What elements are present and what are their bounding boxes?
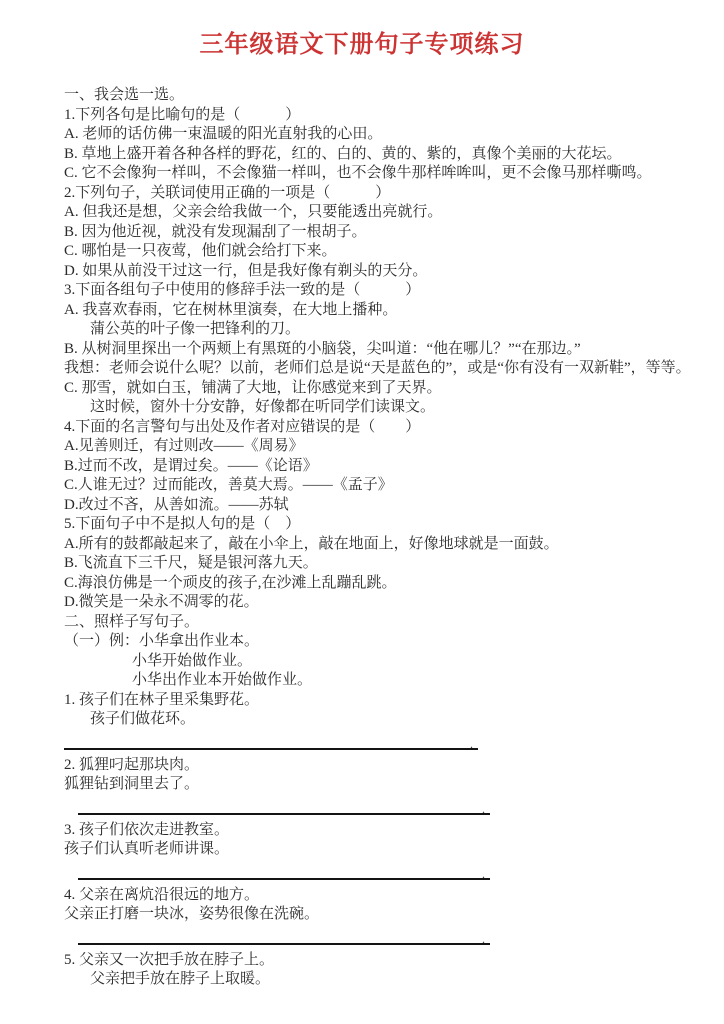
- example-line3: 小华出作业本开始做作业。: [64, 671, 718, 691]
- q3-option-a-line1: A. 我喜欢春雨，它在树林里演奏，在大地上播种。: [64, 301, 718, 321]
- item2-sentence2: 狐狸钻到洞里去了。: [64, 775, 718, 795]
- q5-stem: 5.下面句子中不是拟人句的是（ ）: [64, 515, 718, 535]
- q2-option-c: C. 哪怕是一只夜莺，他们就会给打下来。: [64, 242, 718, 262]
- blank-end-period: .: [482, 867, 490, 881]
- q1-option-c: C. 它不会像狗一样叫，不会像猫一样叫，也不会像牛那样哞哞叫，更不会像马那样嘶鸣…: [64, 164, 718, 184]
- q4-option-a: A.见善则迁，有过则改——《周易》: [64, 437, 718, 457]
- q2-option-a: A. 但我还是想，父亲会给我做一个，只要能透出亮就行。: [64, 203, 718, 223]
- q1-option-a: A. 老师的话仿佛一束温暖的阳光直射我的心田。: [64, 125, 718, 145]
- page-title: 三年级语文下册句子专项练习: [64, 30, 660, 60]
- q1-option-b: B. 草地上盛开着各种各样的野花，红的、白的、黄的、紫的，真像个美丽的大花坛。: [64, 145, 718, 165]
- q3-option-b-line2: 我想：老师会说什么呢？以前，老师们总是说“天是蓝色的”，或是“你有没有一双新鞋”…: [64, 359, 718, 379]
- item5-sentence2: 父亲把手放在脖子上取暖。: [64, 970, 718, 990]
- q4-option-d: D.改过不吝，从善如流。——苏轼: [64, 496, 718, 516]
- item1-answer-blank-line: .: [64, 740, 478, 750]
- item1-sentence1: 1. 孩子们在林子里采集野花。: [64, 691, 718, 711]
- q5-option-d: D.微笑是一朵永不凋零的花。: [64, 593, 718, 613]
- item4-answer-blank-line: .: [78, 935, 490, 945]
- item3-sentence2: 孩子们认真听老师讲课。: [64, 840, 718, 860]
- q4-stem: 4.下面的名言警句与出处及作者对应错误的是（ ）: [64, 418, 718, 438]
- q2-stem: 2.下列句子，关联词使用正确的一项是（ ）: [64, 184, 718, 204]
- worksheet-page: 三年级语文下册句子专项练习 一、我会选一选。 1.下列各句是比喻句的是（ ） A…: [0, 0, 724, 1024]
- q1-stem: 1.下列各句是比喻句的是（ ）: [64, 106, 718, 126]
- item3-sentence1: 3. 孩子们依次走进教室。: [64, 821, 718, 841]
- blank-end-period: .: [470, 737, 478, 751]
- item2-answer-blank-line: .: [78, 805, 490, 815]
- item4-sentence2: 父亲正打磨一块冰，姿势很像在洗碗。: [64, 905, 718, 925]
- item4-sentence1: 4. 父亲在离炕沿很远的地方。: [64, 886, 718, 906]
- blank-end-period: .: [482, 932, 490, 946]
- q4-option-b: B.过而不改，是谓过矣。——《论语》: [64, 457, 718, 477]
- item1-sentence2: 孩子们做花环。: [64, 710, 718, 730]
- item3-answer-blank-line: .: [78, 870, 490, 880]
- q3-option-a-line2: 蒲公英的叶子像一把锋利的刀。: [64, 320, 718, 340]
- q2-option-b: B. 因为他近视，就没有发现漏刮了一根胡子。: [64, 223, 718, 243]
- q4-option-c: C.人谁无过？过而能改，善莫大焉。——《孟子》: [64, 476, 718, 496]
- q3-option-c-line1: C. 那雪，就如白玉，铺满了大地，让你感觉来到了天界。: [64, 379, 718, 399]
- q5-option-a: A.所有的鼓都敲起来了，敲在小伞上，敲在地面上，好像地球就是一面鼓。: [64, 535, 718, 555]
- example-line1: （一）例：小华拿出作业本。: [64, 632, 718, 652]
- section2-heading: 二、照样子写句子。: [64, 613, 718, 633]
- q5-option-c: C.海浪仿佛是一个顽皮的孩子,在沙滩上乱蹦乱跳。: [64, 574, 718, 594]
- blank-end-period: .: [482, 802, 490, 816]
- example-line2: 小华开始做作业。: [64, 652, 718, 672]
- section1-heading: 一、我会选一选。: [64, 86, 718, 106]
- q3-stem: 3.下面各组句子中使用的修辞手法一致的是（ ）: [64, 281, 718, 301]
- q2-option-d: D. 如果从前没干过这一行，但是我好像有剃头的天分。: [64, 262, 718, 282]
- item2-sentence1: 2. 狐狸叼起那块肉。: [64, 756, 718, 776]
- item5-sentence1: 5. 父亲又一次把手放在脖子上。: [64, 951, 718, 971]
- q3-option-c-line2: 这时候，窗外十分安静，好像都在听同学们读课文。: [64, 398, 718, 418]
- q5-option-b: B.飞流直下三千尺，疑是银河落九天。: [64, 554, 718, 574]
- q3-option-b-line1: B. 从树洞里探出一个两颊上有黑斑的小脑袋，尖叫道：“他在哪儿？”“在那边。”: [64, 340, 718, 360]
